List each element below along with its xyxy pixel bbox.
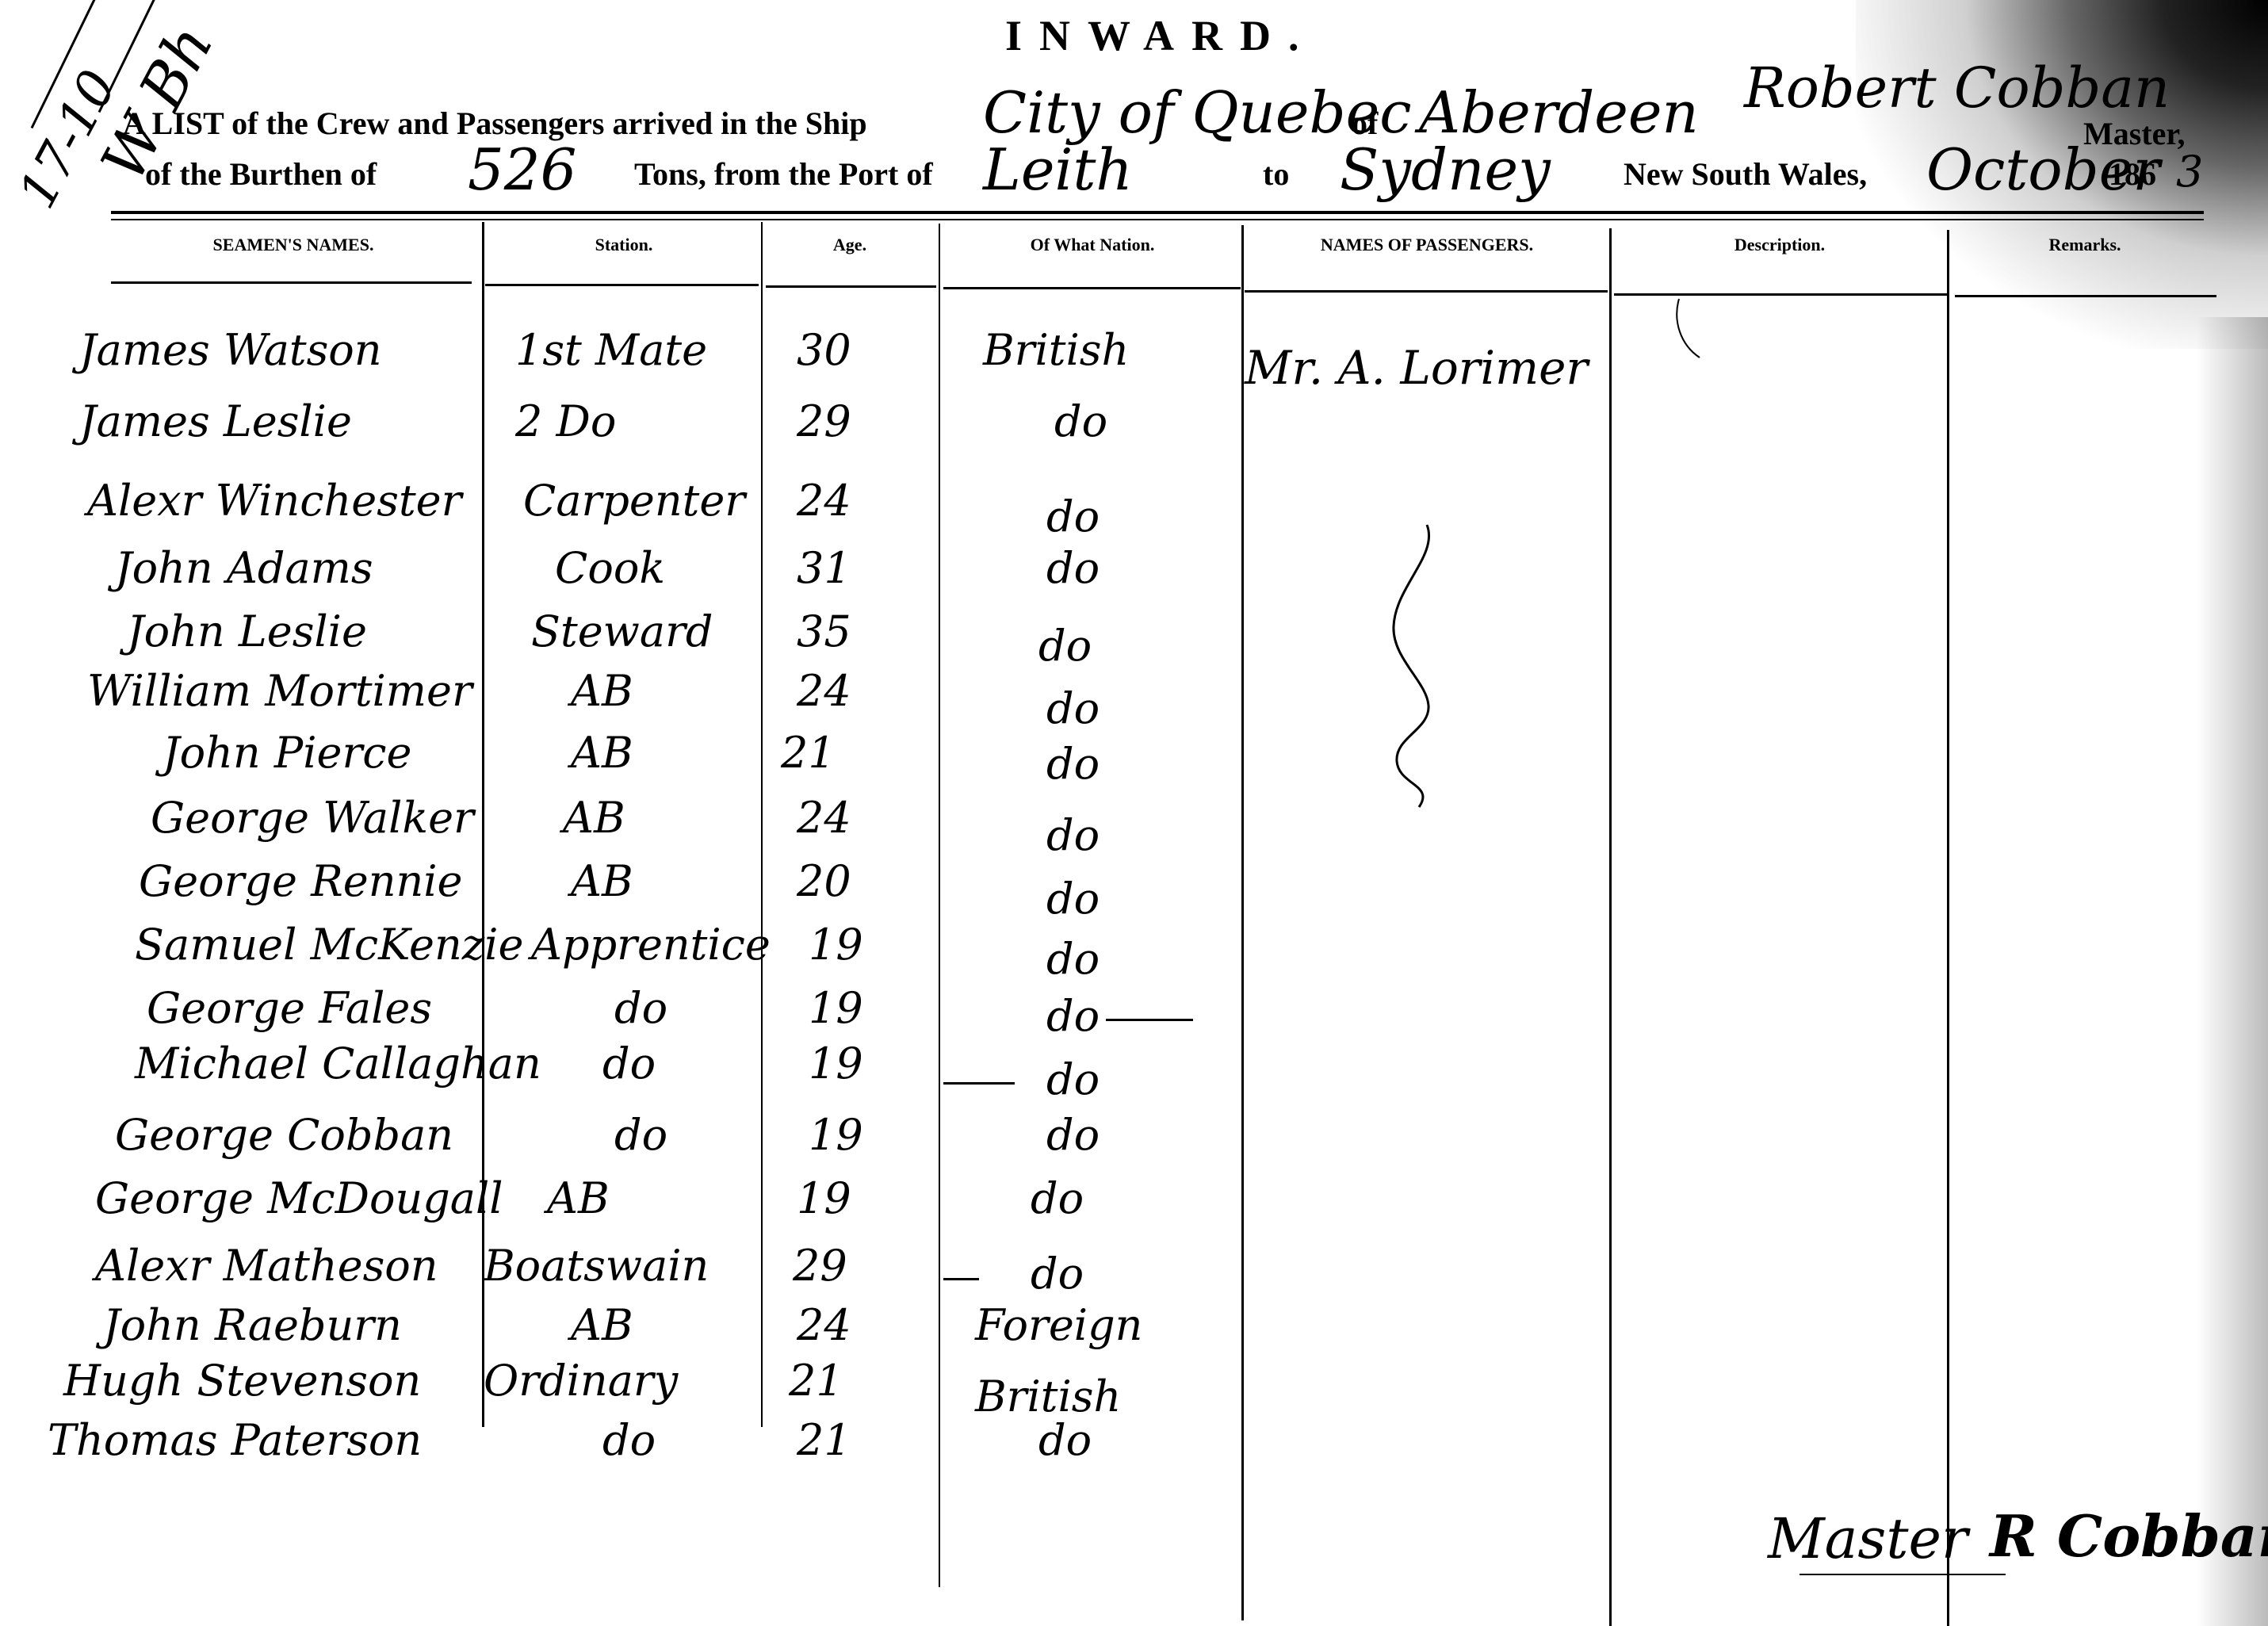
seaman-name: Alexr Matheson (95, 1241, 438, 1291)
seaman-nation: do (1038, 621, 1092, 671)
seaman-station: do (602, 1039, 656, 1088)
seaman-nation: do (1046, 683, 1100, 733)
ditto-dash (943, 1082, 1015, 1085)
table-row: George Fales do 19 do (0, 983, 2268, 1046)
seaman-name: John Leslie (127, 606, 367, 656)
table-row: George Walker AB 24 do (0, 793, 2268, 856)
seaman-age: 31 (797, 543, 851, 593)
seaman-nation: do (1046, 1110, 1100, 1160)
seaman-station: do (614, 1110, 667, 1160)
seaman-age: 20 (797, 856, 851, 906)
table-row: James Watson 1st Mate 30 British (0, 325, 2268, 388)
seaman-name: Samuel McKenzie (135, 920, 523, 970)
from-port: Leith (983, 136, 1133, 203)
column-header-passenger-names: NAMES OF PASSENGERS. (1245, 235, 1609, 255)
seaman-age: 21 (797, 1415, 851, 1465)
seaman-age: 21 (781, 728, 836, 778)
seaman-name: John Raeburn (103, 1300, 402, 1350)
header-underline (766, 285, 936, 288)
seaman-nation: do (1046, 991, 1100, 1041)
seaman-station: do (602, 1415, 656, 1465)
year-written: 3 (2176, 147, 2203, 197)
table-row: William Mortimer AB 24 do (0, 666, 2268, 729)
master-name: Robert Cobban (1744, 55, 2170, 121)
to-port: Sydney (1340, 136, 1551, 203)
seaman-nation: do (1046, 810, 1100, 860)
seaman-station: do (614, 983, 667, 1033)
tons-from-port-label: Tons, from the Port of (634, 155, 933, 193)
form-title: INWARD. (1005, 11, 1317, 60)
column-header-remarks: Remarks. (1950, 235, 2220, 255)
seaman-station: AB (571, 666, 633, 716)
table-row: Samuel McKenzie Apprentice 19 do (0, 920, 2268, 983)
column-header-nation: Of What Nation. (942, 235, 1243, 255)
seaman-name: Alexr Winchester (87, 476, 461, 526)
seaman-age: 19 (809, 983, 863, 1033)
table-row: George McDougall AB 19 do (0, 1173, 2268, 1237)
seaman-age: 29 (793, 1241, 847, 1291)
seaman-station: 2 Do (515, 396, 616, 446)
to-label: to (1263, 155, 1289, 193)
column-header-age: Age. (763, 235, 936, 255)
seaman-age: 30 (797, 325, 851, 375)
column-header-seamens-names: SEAMEN'S NAMES. (111, 235, 476, 255)
burthen-label: of the Burthen of (145, 155, 377, 193)
header-underline (1245, 290, 1608, 293)
seaman-station: Cook (555, 543, 665, 593)
seaman-nation: British (983, 325, 1129, 375)
seaman-age: 24 (797, 666, 851, 716)
seaman-name: Hugh Stevenson (63, 1356, 421, 1406)
footer-signature-name: R Cobban (1990, 1502, 2268, 1570)
seaman-age: 19 (809, 920, 863, 970)
header-rule-bottom (111, 219, 2204, 220)
seaman-station: AB (571, 856, 633, 906)
signature-line (1799, 1574, 2006, 1575)
seaman-station: AB (571, 728, 633, 778)
seaman-age: 21 (789, 1356, 843, 1406)
seaman-age: 19 (809, 1039, 863, 1088)
seaman-nation: do (1031, 1249, 1084, 1299)
seaman-name: Michael Callaghan (135, 1039, 541, 1088)
burthen-value: 526 (468, 136, 576, 203)
seaman-age: 24 (797, 1300, 851, 1350)
seaman-age: 19 (797, 1173, 851, 1223)
seaman-station: AB (547, 1173, 610, 1223)
seaman-station: AB (563, 793, 625, 843)
table-row: Hugh Stevenson Ordinary 21 British (0, 1356, 2268, 1419)
seaman-nation: do (1046, 934, 1100, 984)
seaman-name: John Pierce (163, 728, 411, 778)
table-row: James Leslie 2 Do 29 do (0, 396, 2268, 460)
seaman-nation: do (1031, 1173, 1084, 1223)
seaman-station: Ordinary (484, 1356, 678, 1406)
column-header-station: Station. (485, 235, 763, 255)
seaman-station: 1st Mate (515, 325, 707, 375)
table-row: Alexr Matheson Boatswain 29 do (0, 1241, 2268, 1304)
seaman-nation: do (1038, 1415, 1092, 1465)
table-row: John Leslie Steward 35 do (0, 606, 2268, 670)
column-header-description: Description. (1609, 235, 1950, 255)
seaman-nation: do (1046, 543, 1100, 593)
passenger-name: Mr. A. Lorimer (1245, 341, 1588, 395)
seaman-name: Thomas Paterson (48, 1415, 422, 1465)
table-row: George Cobban do 19 do (0, 1110, 2268, 1173)
table-row: Thomas Paterson do 21 do (0, 1415, 2268, 1479)
seaman-station: Carpenter (523, 476, 745, 526)
seaman-age: 24 (797, 793, 851, 843)
description-bracket-mark (1673, 297, 1704, 361)
header-underline (1955, 295, 2216, 297)
seaman-age: 29 (797, 396, 851, 446)
seaman-nation: Foreign (975, 1300, 1142, 1350)
table-row: Alexr Winchester Carpenter 24 do (0, 476, 2268, 539)
wavy-ditto-mark (1379, 523, 1474, 809)
seaman-nation: do (1046, 874, 1100, 924)
seaman-nation: do (1054, 396, 1107, 446)
seaman-name: John Adams (115, 543, 373, 593)
seaman-age: 35 (797, 606, 851, 656)
seaman-name: James Watson (79, 325, 382, 375)
header-underline (943, 287, 1241, 289)
seaman-name: George Walker (151, 793, 474, 843)
ditto-dash (943, 1278, 979, 1280)
seaman-nation: do (1046, 492, 1100, 541)
table-row: Michael Callaghan do 19 do (0, 1039, 2268, 1102)
seaman-station: Steward (531, 606, 713, 656)
seaman-nation: do (1046, 1054, 1100, 1104)
seaman-station: Boatswain (484, 1241, 709, 1291)
seaman-name: George Cobban (115, 1110, 453, 1160)
seaman-name: James Leslie (79, 396, 352, 446)
seaman-station: AB (571, 1300, 633, 1350)
seaman-nation: do (1046, 739, 1100, 789)
header-underline (111, 281, 472, 284)
table-row: John Pierce AB 21 do (0, 728, 2268, 791)
year-printed: 186 (2109, 155, 2156, 193)
seaman-station: Apprentice (531, 920, 771, 970)
seaman-age: 19 (809, 1110, 863, 1160)
header-rule-top (111, 211, 2204, 214)
seaman-name: George Fales (147, 983, 432, 1033)
header-underline (485, 284, 759, 286)
table-row: John Raeburn AB 24 Foreign (0, 1300, 2268, 1364)
colony-label: New South Wales, (1624, 155, 1867, 193)
seaman-name: William Mortimer (87, 666, 472, 716)
seaman-name: George Rennie (139, 856, 463, 906)
footer-signature-label: Master (1768, 1506, 1968, 1571)
ditto-dash (1106, 1019, 1193, 1021)
table-row: John Adams Cook 31 do (0, 543, 2268, 606)
table-row: George Rennie AB 20 do (0, 856, 2268, 920)
seaman-nation: British (975, 1372, 1121, 1421)
header-underline (1614, 293, 1947, 296)
seaman-name: George McDougall (95, 1173, 503, 1223)
seaman-age: 24 (797, 476, 851, 526)
